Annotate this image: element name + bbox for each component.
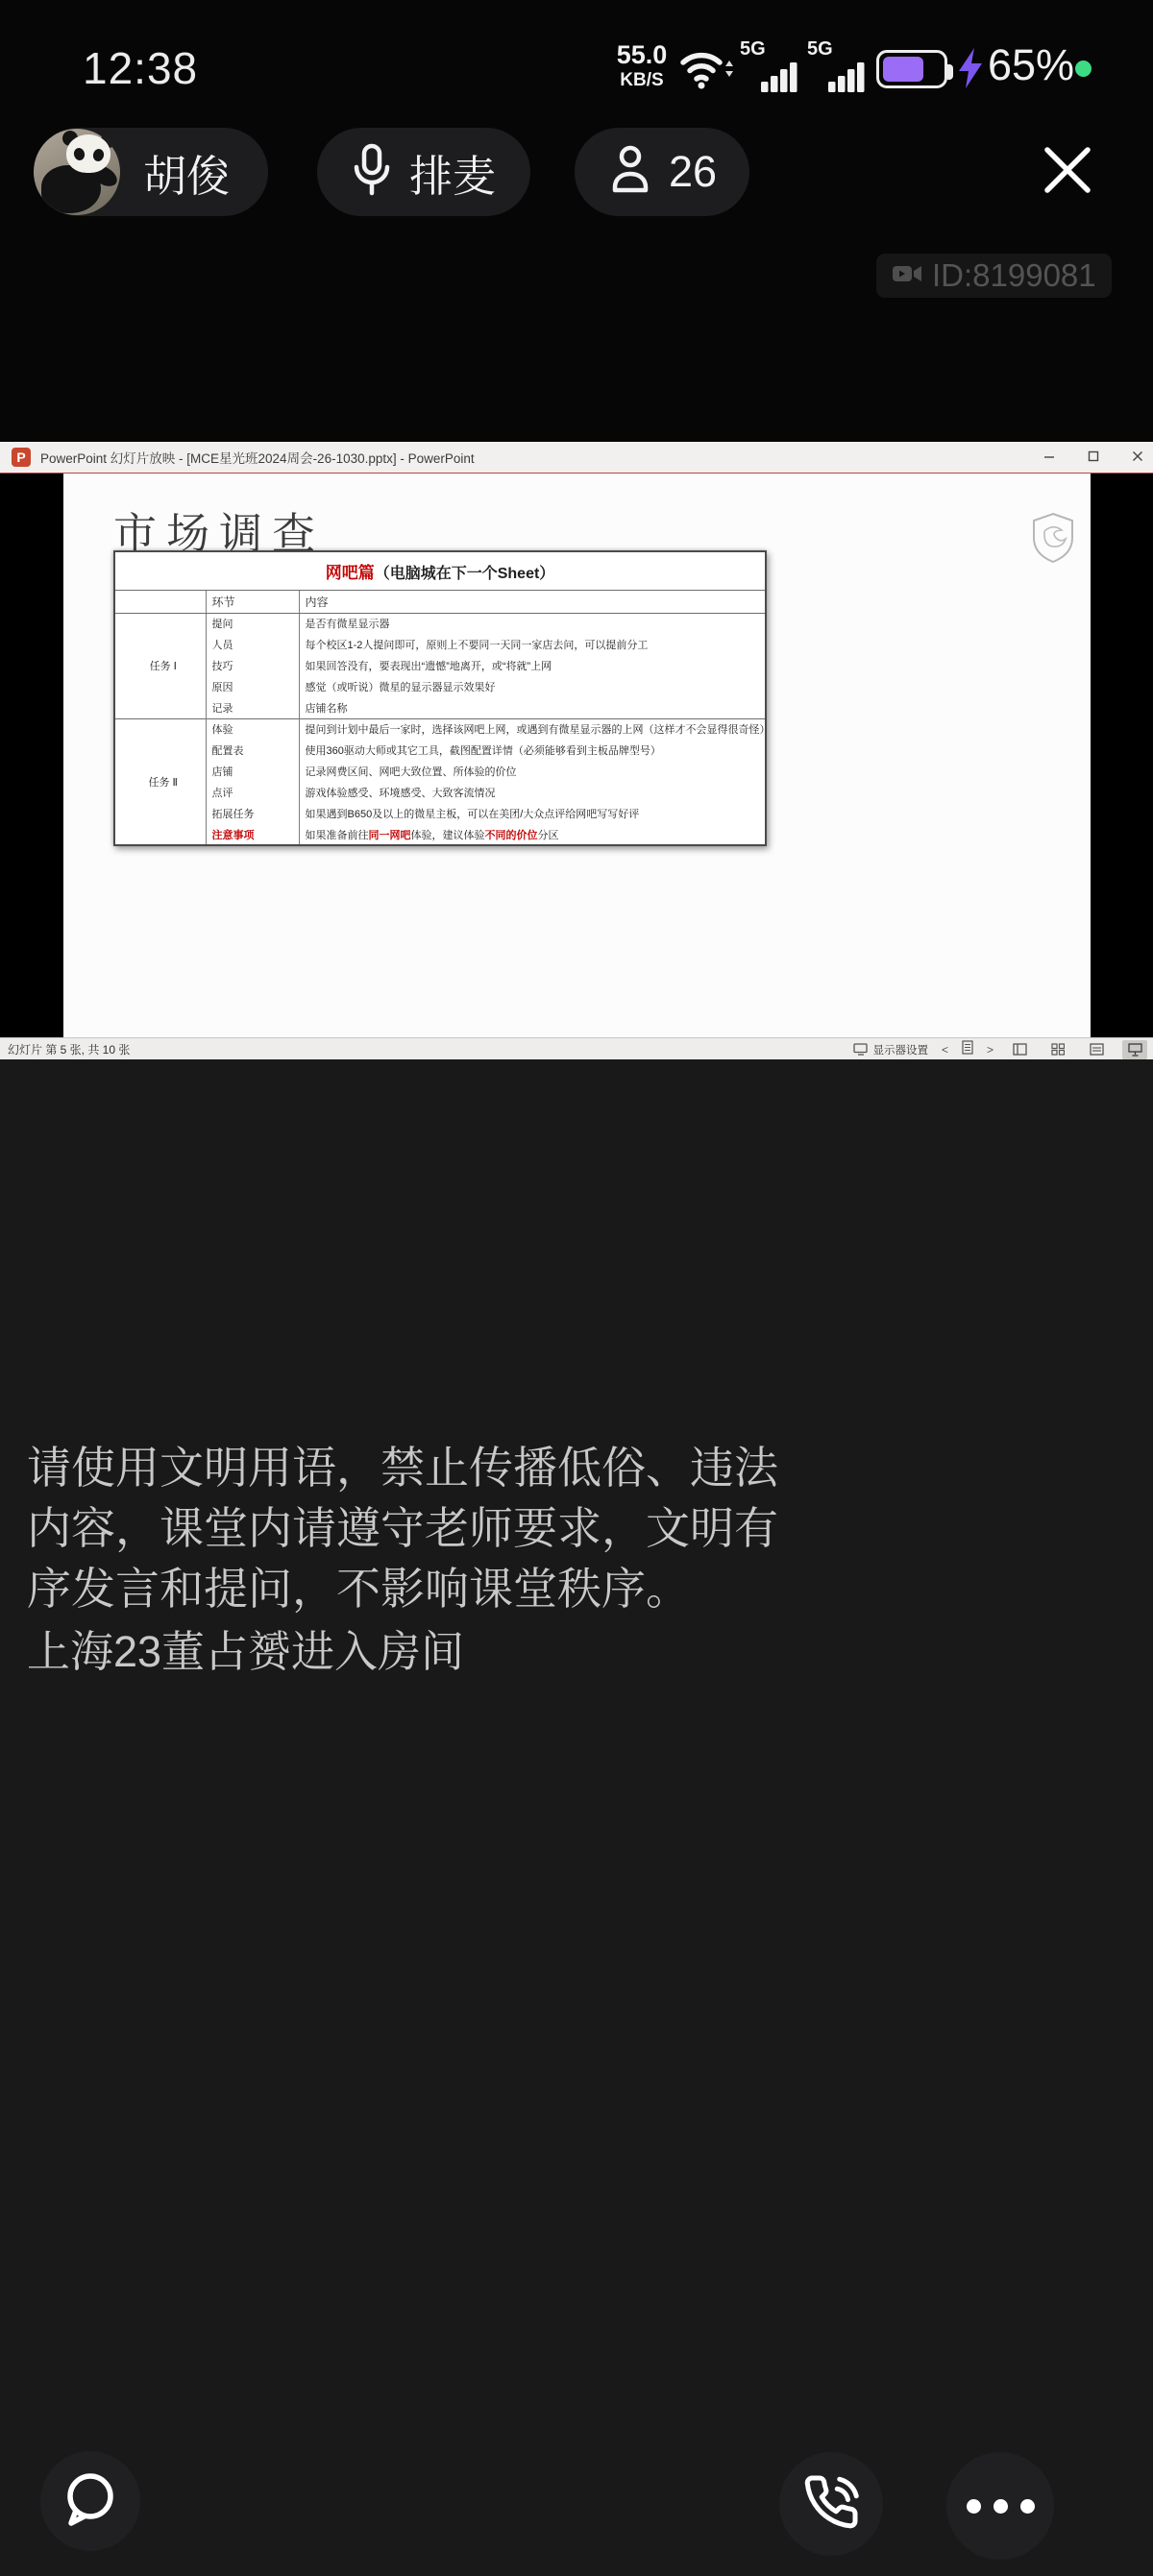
table-row: 任务 Ⅰ 提问 是否有微星显示器: [114, 613, 766, 634]
battery-icon: [876, 50, 947, 88]
slide-canvas: 市场调查 网吧篇（电脑城在下一个Sheet）: [63, 474, 1091, 1037]
normal-view-icon[interactable]: [1007, 1040, 1032, 1059]
close-icon[interactable]: [1040, 142, 1095, 198]
cellular-signal-2: 5G: [807, 38, 867, 94]
signal-bars-icon: [761, 61, 797, 92]
network-speed: 55.0 KB/S: [608, 42, 675, 89]
mic-queue-button[interactable]: 排麦: [317, 128, 530, 216]
table-row: 原因 感觉（或听说）微星的显示器显示效果好: [114, 676, 766, 697]
table-row: 店铺 记录网费区间、网吧大致位置、所体验的价位: [114, 761, 766, 782]
room-id-badge: ID:8199081: [876, 254, 1112, 298]
ppt-window-title: PowerPoint 幻灯片放映 - [MCE星光班2024周会-26-1030…: [40, 448, 475, 467]
maximize-icon[interactable]: [1088, 450, 1099, 467]
table-row: 点评 游戏体验感受、环境感受、大致客流情况: [114, 782, 766, 803]
screen-share-ppt-window: P PowerPoint 幻灯片放映 - [MCE星光班2024周会-26-10…: [0, 442, 1153, 1059]
user-enter-message: 上海23董占赟进入房间: [27, 1621, 810, 1682]
battery-percent: 65%: [988, 40, 1074, 90]
person-icon: [607, 144, 653, 201]
slide-sorter-view-icon[interactable]: [1045, 1040, 1070, 1059]
cellular-signal-1: 5G: [740, 38, 799, 94]
system-notice-message: 请使用文明用语，禁止传播低俗、违法内容，课堂内请遵守老师要求，文明有序发言和提问…: [27, 1438, 810, 1619]
more-options-button[interactable]: [946, 2452, 1054, 2560]
window-close-icon[interactable]: [1132, 450, 1143, 467]
monitor-icon: [853, 1043, 869, 1056]
status-bar-right: 55.0 KB/S 5G 5G: [0, 0, 1153, 115]
more-dots-icon: [967, 2499, 981, 2514]
microphone-icon: [352, 143, 392, 202]
more-dots-icon: [1020, 2499, 1035, 2514]
table-banner: 网吧篇（电脑城在下一个Sheet）: [114, 551, 766, 590]
table-row: 拓展任务 如果遇到B650及以上的微星主板，可以在美团/大众点评给网吧写写好评: [114, 803, 766, 824]
slideshow-view-icon[interactable]: [1122, 1040, 1147, 1059]
ppt-status-bar: 幻灯片 第 5 张, 共 10 张 显示器设置 < >: [0, 1037, 1153, 1059]
powerpoint-app-icon: P: [12, 448, 31, 467]
table-row: 记录 店铺名称: [114, 697, 766, 718]
table-note-row: 注意事项 如果准备前往同一网吧体验，建议体验不同的价位分区: [114, 824, 766, 845]
ppt-slide-area: 市场调查 网吧篇（电脑城在下一个Sheet）: [0, 474, 1153, 1037]
streamer-profile[interactable]: 胡俊: [34, 128, 268, 216]
reading-view-icon[interactable]: [1084, 1040, 1109, 1059]
signal-bars-icon: [828, 61, 865, 92]
ppt-title-bar: P PowerPoint 幻灯片放映 - [MCE星光班2024周会-26-10…: [0, 442, 1153, 474]
display-settings-button[interactable]: 显示器设置: [853, 1042, 928, 1057]
voice-call-button[interactable]: [779, 2452, 883, 2556]
status-dot: [1075, 61, 1092, 77]
previous-slide-icon[interactable]: <: [942, 1043, 948, 1057]
chat-input-button[interactable]: [40, 2451, 140, 2551]
streamer-avatar[interactable]: [34, 129, 120, 215]
mic-queue-label: 排麦: [409, 141, 496, 204]
survey-table: 网吧篇（电脑城在下一个Sheet） 环节 内容 任务 Ⅰ 提问 是否有微星显示器: [113, 550, 767, 846]
msi-shield-logo: [1030, 512, 1076, 569]
slide-position: 幻灯片 第 5 张, 共 10 张: [8, 1041, 130, 1057]
minimize-icon[interactable]: [1043, 450, 1055, 467]
table-row: 技巧 如果回答没有，要表现出“遗憾”地离开，或“将就”上网: [114, 655, 766, 676]
chat-bubble-icon: [61, 2469, 120, 2534]
viewer-count: 26: [669, 147, 717, 197]
more-dots-icon: [994, 2499, 1008, 2514]
table-row: 配置表 使用360驱动大师或其它工具，截图配置详情（必须能够看到主板品牌型号）: [114, 740, 766, 761]
table-row: 人员 每个校区1-2人提问即可，原则上不要同一天同一家店去问，可以提前分工: [114, 634, 766, 655]
live-class-screen: 12:38 55.0 KB/S 5G 5: [0, 0, 1153, 2576]
room-id: ID:8199081: [932, 257, 1096, 294]
table-row: 任务 Ⅱ 体验 提问到计划中最后一家时，选择该网吧上网，或遇到有微星显示器的上网…: [114, 718, 766, 740]
chat-area: 请使用文明用语，禁止传播低俗、违法内容，课堂内请遵守老师要求，文明有序发言和提问…: [0, 1059, 1153, 2576]
charging-bolt-icon: [956, 47, 985, 94]
streamer-name: 胡俊: [143, 141, 230, 204]
phone-call-icon: [802, 2473, 860, 2536]
wifi-icon: [678, 46, 736, 95]
next-slide-icon[interactable]: >: [987, 1043, 994, 1057]
video-camera-icon: [892, 262, 922, 290]
notes-icon[interactable]: [962, 1040, 973, 1059]
table-header-row: 环节 内容: [114, 590, 766, 613]
viewer-count-button[interactable]: 26: [575, 128, 749, 216]
